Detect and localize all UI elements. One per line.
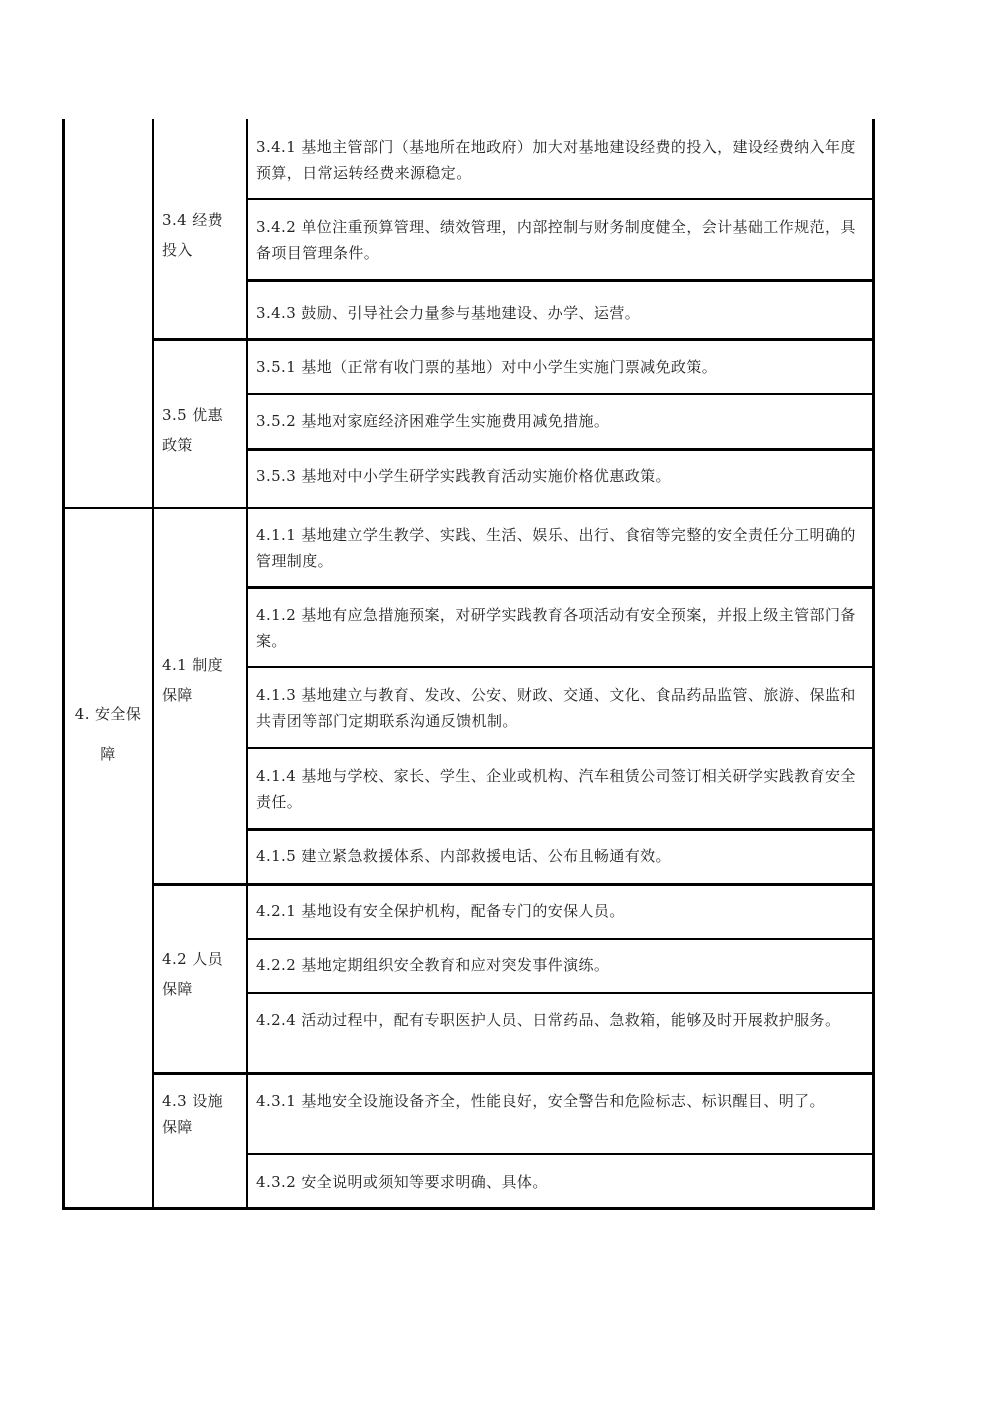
criterion-4-1-3: 4.1.3 基地建立与教育、发改、公安、财政、交通、文化、食品药品监管、旅游、保… [256, 682, 868, 734]
label-line: 4. 安全保 [68, 701, 148, 727]
label-line: 政策 [162, 432, 240, 458]
column-divider-2 [246, 119, 248, 1210]
label-line: 保障 [162, 976, 240, 1002]
subsection-label-3-4: 3.4 经费 投入 [162, 207, 240, 263]
table-border-bottom [62, 1207, 875, 1210]
criterion-3-4-1: 3.4.1 基地主管部门（基地所在地政府）加大对基地建设经费的投入，建设经费纳入… [256, 134, 868, 186]
criterion-4-1-2: 4.1.2 基地有应急措施预案，对研学实践教育各项活动有安全预案，并报上级主管部… [256, 602, 868, 654]
row-divider [246, 666, 875, 668]
criterion-3-5-2: 3.5.2 基地对家庭经济困难学生实施费用减免措施。 [256, 408, 868, 434]
section-divider [152, 338, 875, 341]
row-divider [246, 393, 875, 395]
row-divider [246, 198, 875, 200]
criterion-4-1-1: 4.1.1 基地建立学生教学、实践、生活、娱乐、出行、食宿等完整的安全责任分工明… [256, 522, 868, 574]
criterion-3-4-3: 3.4.3 鼓励、引导社会力量参与基地建设、办学、运营。 [256, 300, 868, 326]
criterion-3-5-1: 3.5.1 基地（正常有收门票的基地）对中小学生实施门票减免政策。 [256, 354, 868, 380]
label-line: 4.2 人员 [162, 946, 240, 972]
table-border-right [872, 119, 875, 1210]
criterion-4-2-2: 4.2.2 基地定期组织安全教育和应对突发事件演练。 [256, 952, 868, 978]
label-line: 4.3 设施 [162, 1088, 240, 1114]
criterion-3-4-2: 3.4.2 单位注重预算管理、绩效管理，内部控制与财务制度健全，会计基础工作规范… [256, 214, 868, 266]
criterion-4-3-2: 4.3.2 安全说明或须知等要求明确、具体。 [256, 1169, 868, 1195]
row-divider [246, 448, 875, 451]
main-section-label-4: 4. 安全保 障 [68, 701, 148, 767]
main-section-divider [62, 507, 875, 509]
row-divider [246, 586, 875, 589]
label-line: 保障 [162, 682, 240, 708]
row-divider [246, 747, 875, 749]
row-divider [246, 1153, 875, 1155]
subsection-label-4-1: 4.1 制度 保障 [162, 652, 240, 708]
subsection-label-3-5: 3.5 优惠 政策 [162, 402, 240, 458]
row-divider [246, 279, 875, 282]
label-line: 投入 [162, 237, 240, 263]
row-divider [246, 938, 875, 940]
criterion-4-1-5: 4.1.5 建立紧急救援体系、内部救援电话、公布且畅通有效。 [256, 843, 868, 869]
label-line: 3.5 优惠 [162, 402, 240, 428]
label-line: 障 [68, 741, 148, 767]
criterion-4-3-1: 4.3.1 基地安全设施设备齐全，性能良好，安全警告和危险标志、标识醒目、明了。 [256, 1088, 868, 1114]
criterion-4-1-4: 4.1.4 基地与学校、家长、学生、企业或机构、汽车租赁公司签订相关研学实践教育… [256, 763, 868, 815]
label-line: 4.1 制度 [162, 652, 240, 678]
criterion-3-5-3: 3.5.3 基地对中小学生研学实践教育活动实施价格优惠政策。 [256, 463, 868, 489]
subsection-label-4-2: 4.2 人员 保障 [162, 946, 240, 1002]
document-page: 3.4 经费 投入 3.5 优惠 政策 4. 安全保 障 4.1 制度 保障 4… [0, 0, 992, 1403]
table-border-left [62, 119, 65, 1210]
row-divider [246, 828, 875, 831]
column-divider-1 [152, 119, 154, 1210]
section-divider [152, 883, 875, 886]
label-line: 保障 [162, 1114, 240, 1140]
label-line: 3.4 经费 [162, 207, 240, 233]
row-divider [246, 992, 875, 994]
criterion-4-2-4: 4.2.4 活动过程中，配有专职医护人员、日常药品、急救箱，能够及时开展救护服务… [256, 1007, 868, 1033]
subsection-label-4-3: 4.3 设施 保障 [162, 1088, 240, 1140]
criterion-4-2-1: 4.2.1 基地设有安全保护机构，配备专门的安保人员。 [256, 898, 868, 924]
section-divider [152, 1072, 875, 1075]
